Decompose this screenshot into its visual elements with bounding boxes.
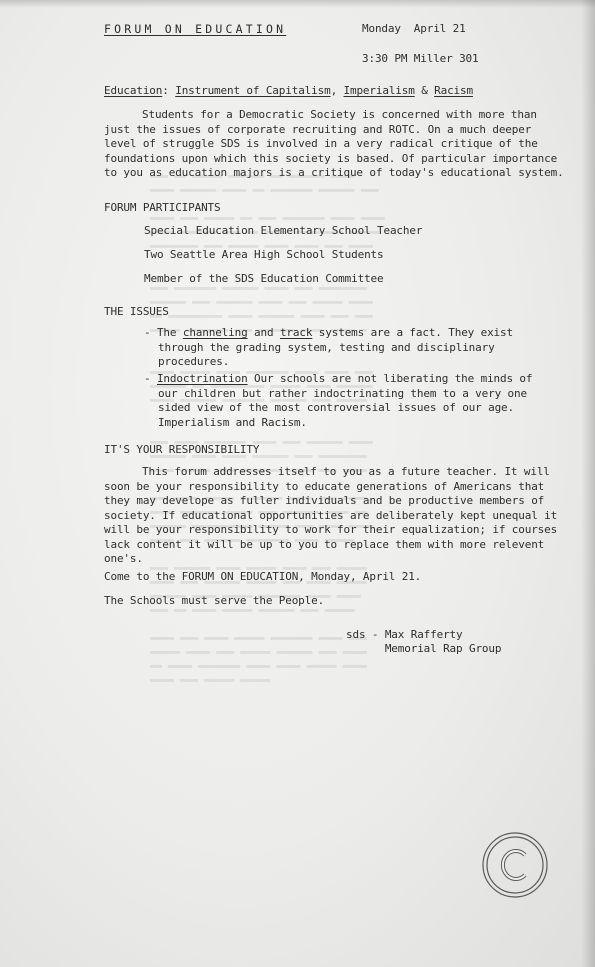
- subtitle-racism: Racism: [434, 84, 473, 97]
- issue-item: - The channeling and track systems are a…: [144, 326, 558, 370]
- issue-term: Indoctrination: [157, 372, 248, 385]
- intro-paragraph: Students for a Democratic Society is con…: [104, 108, 564, 181]
- event-time-place: 3:30 PM Miller 301: [362, 52, 479, 67]
- slogan: The Schools must serve the People.: [104, 594, 324, 609]
- participant-item: Member of the SDS Education Committee: [144, 272, 384, 287]
- subtitle-capitalism: Instrument of Capitalism: [175, 84, 330, 97]
- issue-text: and: [248, 326, 280, 339]
- participants-heading: FORUM PARTICIPANTS: [104, 201, 221, 216]
- issue-item: - Indoctrination Our schools are not lib…: [144, 372, 558, 430]
- page-shadow-right: [581, 0, 595, 967]
- scanned-flyer-page: ▬▬▬ ▬▬ ▬▬▬▬▬ ▬▬▬▬▬▬ ▬▬ ▬▬▬▬▬▬ ▬▬▬▬ ▬▬▬▬ …: [0, 0, 595, 967]
- responsibility-paragraph: This forum addresses itself to you as a …: [104, 465, 564, 567]
- participant-item: Special Education Elementary School Teac…: [144, 224, 422, 239]
- forum-title: FORUM ON EDUCATION: [104, 22, 286, 37]
- signature-line-2: Memorial Rap Group: [346, 642, 501, 657]
- event-date: Monday April 21: [362, 22, 466, 37]
- subtitle-prefix: Education: [104, 84, 162, 97]
- copyright-icon: [481, 831, 549, 899]
- subtitle-sep: &: [415, 84, 434, 97]
- subtitle: Education: Instrument of Capitalism, Imp…: [104, 84, 473, 99]
- issue-term: channeling: [183, 326, 248, 339]
- issue-text: The: [157, 326, 183, 339]
- responsibility-heading: IT'S YOUR RESPONSIBILITY: [104, 443, 259, 458]
- subtitle-imperialism: Imperialism: [344, 84, 415, 97]
- issues-heading: THE ISSUES: [104, 305, 169, 320]
- subtitle-sep: ,: [331, 84, 344, 97]
- subtitle-colon: :: [162, 84, 175, 97]
- call-to-action: Come to the FORUM ON EDUCATION, Monday, …: [104, 570, 421, 585]
- issue-dash: -: [144, 326, 157, 339]
- issue-dash: -: [144, 372, 157, 385]
- issue-term: track: [280, 326, 312, 339]
- participant-item: Two Seattle Area High School Students: [144, 248, 384, 263]
- signature-line-1: sds - Max Rafferty: [346, 628, 463, 643]
- page-shadow-top: [0, 0, 595, 8]
